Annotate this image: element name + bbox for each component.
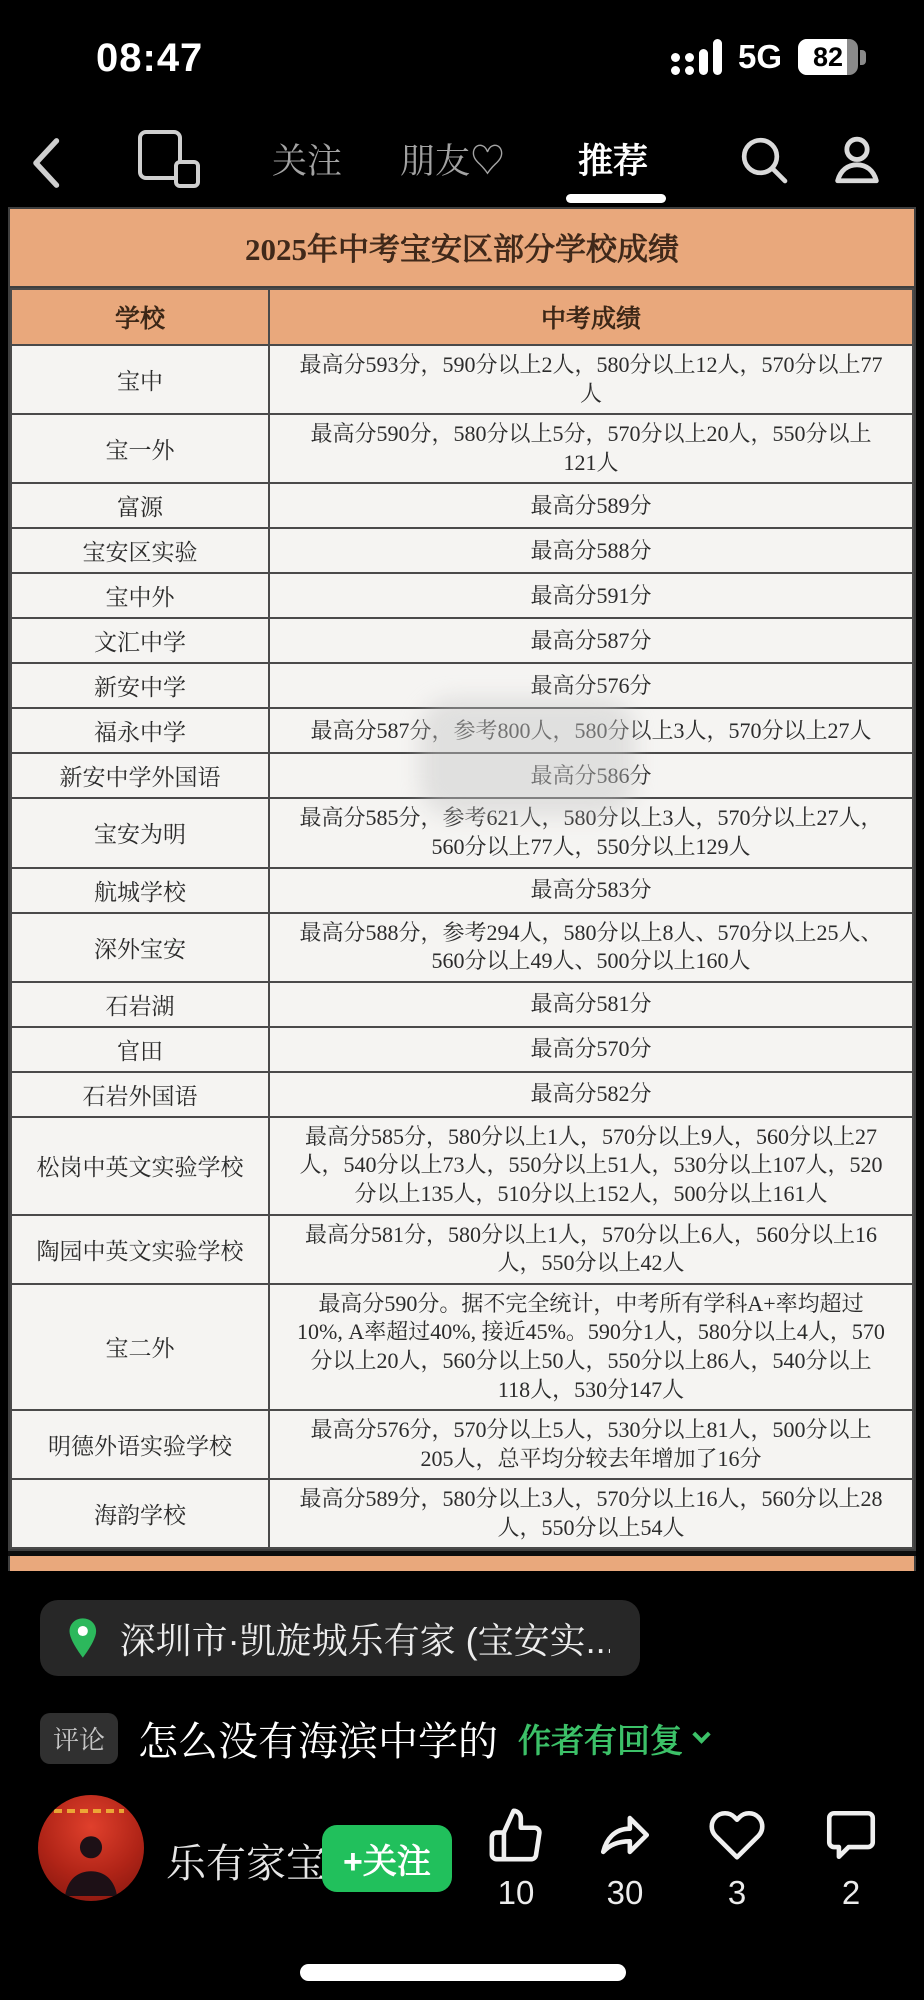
school-name: 新安中学外国语 [11, 753, 269, 798]
table-row: 明德外语实验学校最高分576分，570分以上5人，530分以上81人，500分以… [11, 1410, 913, 1479]
school-score: 最高分581分 [269, 982, 913, 1027]
school-name: 官田 [11, 1027, 269, 1072]
back-chevron-icon[interactable] [28, 136, 66, 193]
school-score: 最高分583分 [269, 868, 913, 913]
tab-follow[interactable]: 关注 [272, 134, 342, 184]
tab-recommend[interactable]: 推荐 [578, 134, 648, 184]
thumbs-up-icon [487, 1806, 545, 1864]
share-button[interactable]: 30 [580, 1806, 670, 1912]
school-name: 宝安区实验 [11, 528, 269, 573]
active-tab-underline [566, 194, 666, 203]
share-count: 30 [607, 1874, 644, 1912]
school-score: 最高分570分 [269, 1027, 913, 1072]
table-row: 航城学校最高分583分 [11, 868, 913, 913]
table-row: 福永中学最高分587分，参考800人，580分以上3人，570分以上27人 [11, 708, 913, 753]
school-name: 石岩湖 [11, 982, 269, 1027]
school-score: 最高分591分 [269, 573, 913, 618]
chevron-down-icon [692, 1725, 710, 1743]
like-count: 10 [498, 1874, 535, 1912]
school-score: 最高分590分。据不完全统计，中考所有学科A+率均超过10%, A率超过40%,… [269, 1284, 913, 1410]
school-score: 最高分593分，590分以上2人，580分以上12人，570分以上77人 [269, 345, 913, 414]
school-score: 最高分590分，580分以上5分，570分以上20人，550分以上121人 [269, 414, 913, 483]
share-arrow-icon [596, 1806, 654, 1864]
post-image-table: 2025年中考宝安区部分学校成绩 学校 中考成绩 宝中最高分593分，590分以… [8, 207, 916, 1571]
status-icons: 5G 82 [671, 38, 866, 76]
school-score: 最高分587分，参考800人，580分以上3人，570分以上27人 [269, 708, 913, 753]
table-row: 石岩外国语最高分582分 [11, 1072, 913, 1117]
school-score: 最高分585分，参考621人，580分以上3人，570分以上27人，560分以上… [269, 798, 913, 867]
comment-teaser[interactable]: 评论 怎么没有海滨中学的 作者有回复 [40, 1710, 708, 1767]
table-row: 富源最高分589分 [11, 483, 913, 528]
school-name: 富源 [11, 483, 269, 528]
school-score: 最高分589分 [269, 483, 913, 528]
table-header-row: 学校 中考成绩 [11, 289, 913, 345]
school-name: 宝一外 [11, 414, 269, 483]
school-name: 新安中学 [11, 663, 269, 708]
signal-strength-icon [671, 39, 722, 75]
map-pin-icon [66, 1617, 100, 1659]
battery-icon: 82 [798, 39, 866, 75]
school-name: 深外宝安 [11, 913, 269, 982]
table-row: 文汇中学最高分587分 [11, 618, 913, 663]
school-name: 石岩外国语 [11, 1072, 269, 1117]
table-row: 宝一外最高分590分，580分以上5分，570分以上20人，550分以上121人 [11, 414, 913, 483]
table-row: 宝安为明最高分585分，参考621人，580分以上3人，570分以上27人，56… [11, 798, 913, 867]
school-name: 松岗中英文实验学校 [11, 1117, 269, 1215]
heart-icon [708, 1806, 766, 1864]
home-indicator-bar[interactable] [300, 1964, 626, 1981]
school-score: 最高分588分 [269, 528, 913, 573]
school-score: 最高分587分 [269, 618, 913, 663]
comment-badge: 评论 [40, 1713, 118, 1764]
comment-count: 2 [842, 1874, 860, 1912]
favorite-button[interactable]: 3 [692, 1806, 782, 1912]
school-name: 福永中学 [11, 708, 269, 753]
school-score: 最高分582分 [269, 1072, 913, 1117]
table-row: 宝安区实验最高分588分 [11, 528, 913, 573]
table-row: 石岩湖最高分581分 [11, 982, 913, 1027]
location-tag[interactable]: 深圳市·凯旋城乐有家 (宝安实... [40, 1600, 640, 1676]
follow-button[interactable]: +关注 [322, 1825, 452, 1892]
school-score: 最高分576分 [269, 663, 913, 708]
top-nav-bar: 关注 朋友♡ 推荐 [0, 118, 924, 208]
screen-cast-icon[interactable] [138, 130, 200, 188]
like-button[interactable]: 10 [471, 1806, 561, 1912]
avatar-text-decoration [54, 1809, 124, 1813]
comment-bubble-icon [822, 1806, 880, 1864]
favorite-count: 3 [728, 1874, 746, 1912]
school-score: 最高分581分，580分以上1人，570分以上6人，560分以上16人，550分… [269, 1215, 913, 1284]
table-row: 松岗中英文实验学校最高分585分，580分以上1人，570分以上9人，560分以… [11, 1117, 913, 1215]
comment-text: 怎么没有海滨中学的 [138, 1710, 498, 1767]
school-name: 陶园中英文实验学校 [11, 1215, 269, 1284]
next-section-strip [8, 1556, 916, 1571]
school-score: 最高分586分 [269, 753, 913, 798]
table-row: 官田最高分570分 [11, 1027, 913, 1072]
tab-friends[interactable]: 朋友♡ [400, 134, 505, 184]
table-row: 新安中学最高分576分 [11, 663, 913, 708]
table-row: 宝中最高分593分，590分以上2人，580分以上12人，570分以上77人 [11, 345, 913, 414]
school-name: 宝中外 [11, 573, 269, 618]
network-type-label: 5G [738, 38, 782, 76]
location-text: 深圳市·凯旋城乐有家 (宝安实... [120, 1613, 610, 1664]
school-name: 宝二外 [11, 1284, 269, 1410]
table-row: 宝中外最高分591分 [11, 573, 913, 618]
table-row: 深外宝安最高分588分，参考294人，580分以上8人、570分以上25人、56… [11, 913, 913, 982]
search-icon[interactable] [736, 132, 792, 191]
school-name: 宝安为明 [11, 798, 269, 867]
school-name: 航城学校 [11, 868, 269, 913]
school-score: 最高分589分，580分以上3人，570分以上16人，560分以上28人，550… [269, 1479, 913, 1548]
table-row: 宝二外最高分590分。据不完全统计，中考所有学科A+率均超过10%, A率超过4… [11, 1284, 913, 1410]
school-score: 最高分576分，570分以上5人，530分以上81人，500分以上205人，总平… [269, 1410, 913, 1479]
table-row: 海韵学校最高分589分，580分以上3人，570分以上16人，560分以上28人… [11, 1479, 913, 1548]
battery-percent: 82 [798, 39, 858, 75]
table-row: 新安中学外国语最高分586分 [11, 753, 913, 798]
profile-icon[interactable] [828, 130, 886, 191]
school-score: 最高分588分，参考294人，580分以上8人、570分以上25人、560分以上… [269, 913, 913, 982]
column-header-score: 中考成绩 [269, 289, 913, 345]
scores-table: 2025年中考宝安区部分学校成绩 学校 中考成绩 宝中最高分593分，590分以… [8, 207, 916, 1551]
school-score: 最高分585分，580分以上1人，570分以上9人，560分以上27人，540分… [269, 1117, 913, 1215]
school-name: 文汇中学 [11, 618, 269, 663]
school-name: 宝中 [11, 345, 269, 414]
person-silhouette [52, 1817, 130, 1897]
comment-button[interactable]: 2 [806, 1806, 896, 1912]
author-avatar[interactable] [38, 1795, 144, 1901]
clock: 08:47 [96, 36, 203, 81]
status-bar: 08:47 5G 82 [0, 30, 924, 86]
app-screen: 08:47 5G 82 关注 [0, 0, 924, 2000]
column-header-school: 学校 [11, 289, 269, 345]
school-name: 明德外语实验学校 [11, 1410, 269, 1479]
school-name: 海韵学校 [11, 1479, 269, 1548]
table-title: 2025年中考宝安区部分学校成绩 [10, 209, 914, 288]
table-row: 陶园中英文实验学校最高分581分，580分以上1人，570分以上6人，560分以… [11, 1215, 913, 1284]
author-reply-link[interactable]: 作者有回复 [518, 1715, 708, 1762]
